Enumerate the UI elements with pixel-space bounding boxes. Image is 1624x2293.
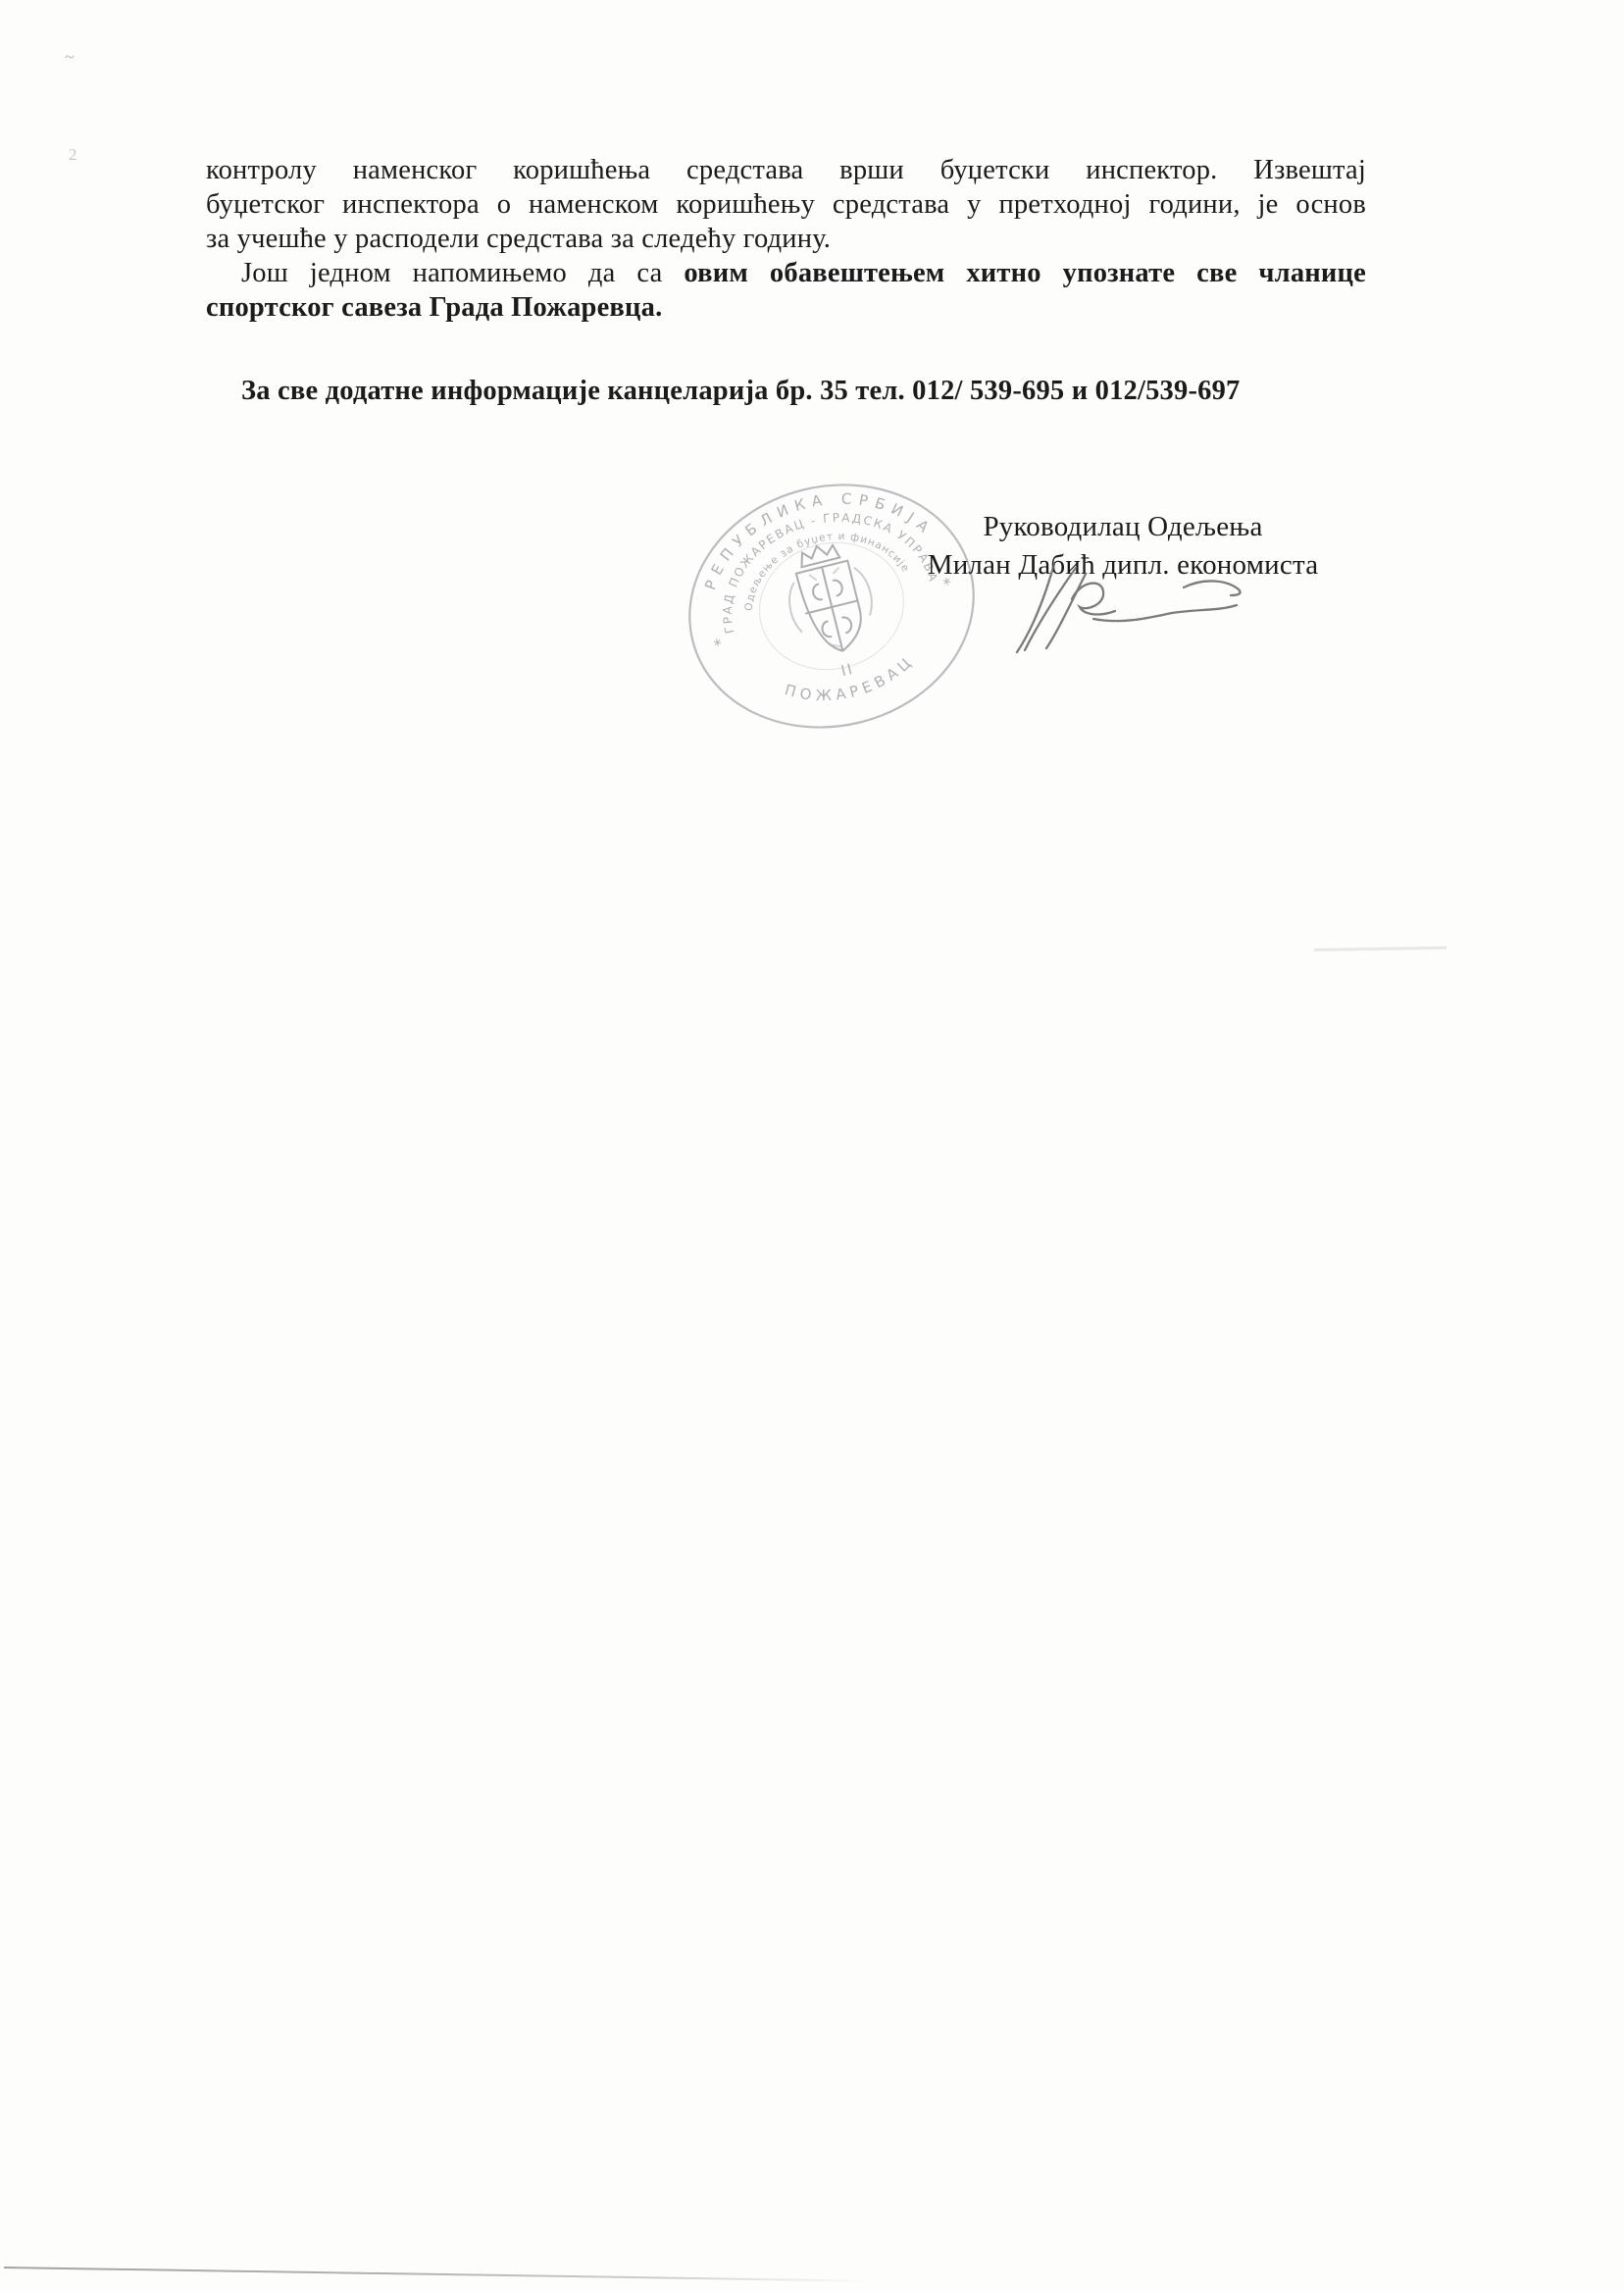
stamp-numeral: II <box>839 660 856 681</box>
body-line-4-normal: Још једном напомињемо да са <box>241 258 684 288</box>
body-line-2: буџетског инспектора о наменском коришће… <box>206 187 1366 222</box>
body-line-1: контролу наменског коришћења средстава в… <box>206 153 1366 187</box>
stamp-star-icon: * <box>712 636 724 655</box>
handwritten-signature <box>956 552 1260 670</box>
body-line-3: за учешће у расподели средстава за следе… <box>206 222 1366 256</box>
body-line-4: Још једном напомињемо да са овим обавешт… <box>206 256 1366 290</box>
contact-info-line: За све додатне информације канцеларија б… <box>206 374 1366 408</box>
signer-title: Руководилац Одељења <box>883 508 1363 546</box>
body-line-4-bold: овим обавештењем хитно упознате све члан… <box>684 258 1366 288</box>
scanned-letter-page: ~ 2 РЕПУБЛИКА СРБИЈА ГРАД ПОЖАРЕВАЦ - ГР… <box>0 0 1624 2293</box>
scan-artifact-mark: ~ <box>65 47 75 68</box>
letter-body: контролу наменског коришћења средстава в… <box>206 153 1366 408</box>
body-line-5: спортског савеза Града Пожаревца. <box>206 290 1366 325</box>
paragraph-gap <box>206 325 1366 374</box>
scan-artifact-mark: 2 <box>69 145 77 165</box>
scan-streak <box>1314 946 1446 951</box>
scan-line-artifact <box>4 2267 872 2282</box>
